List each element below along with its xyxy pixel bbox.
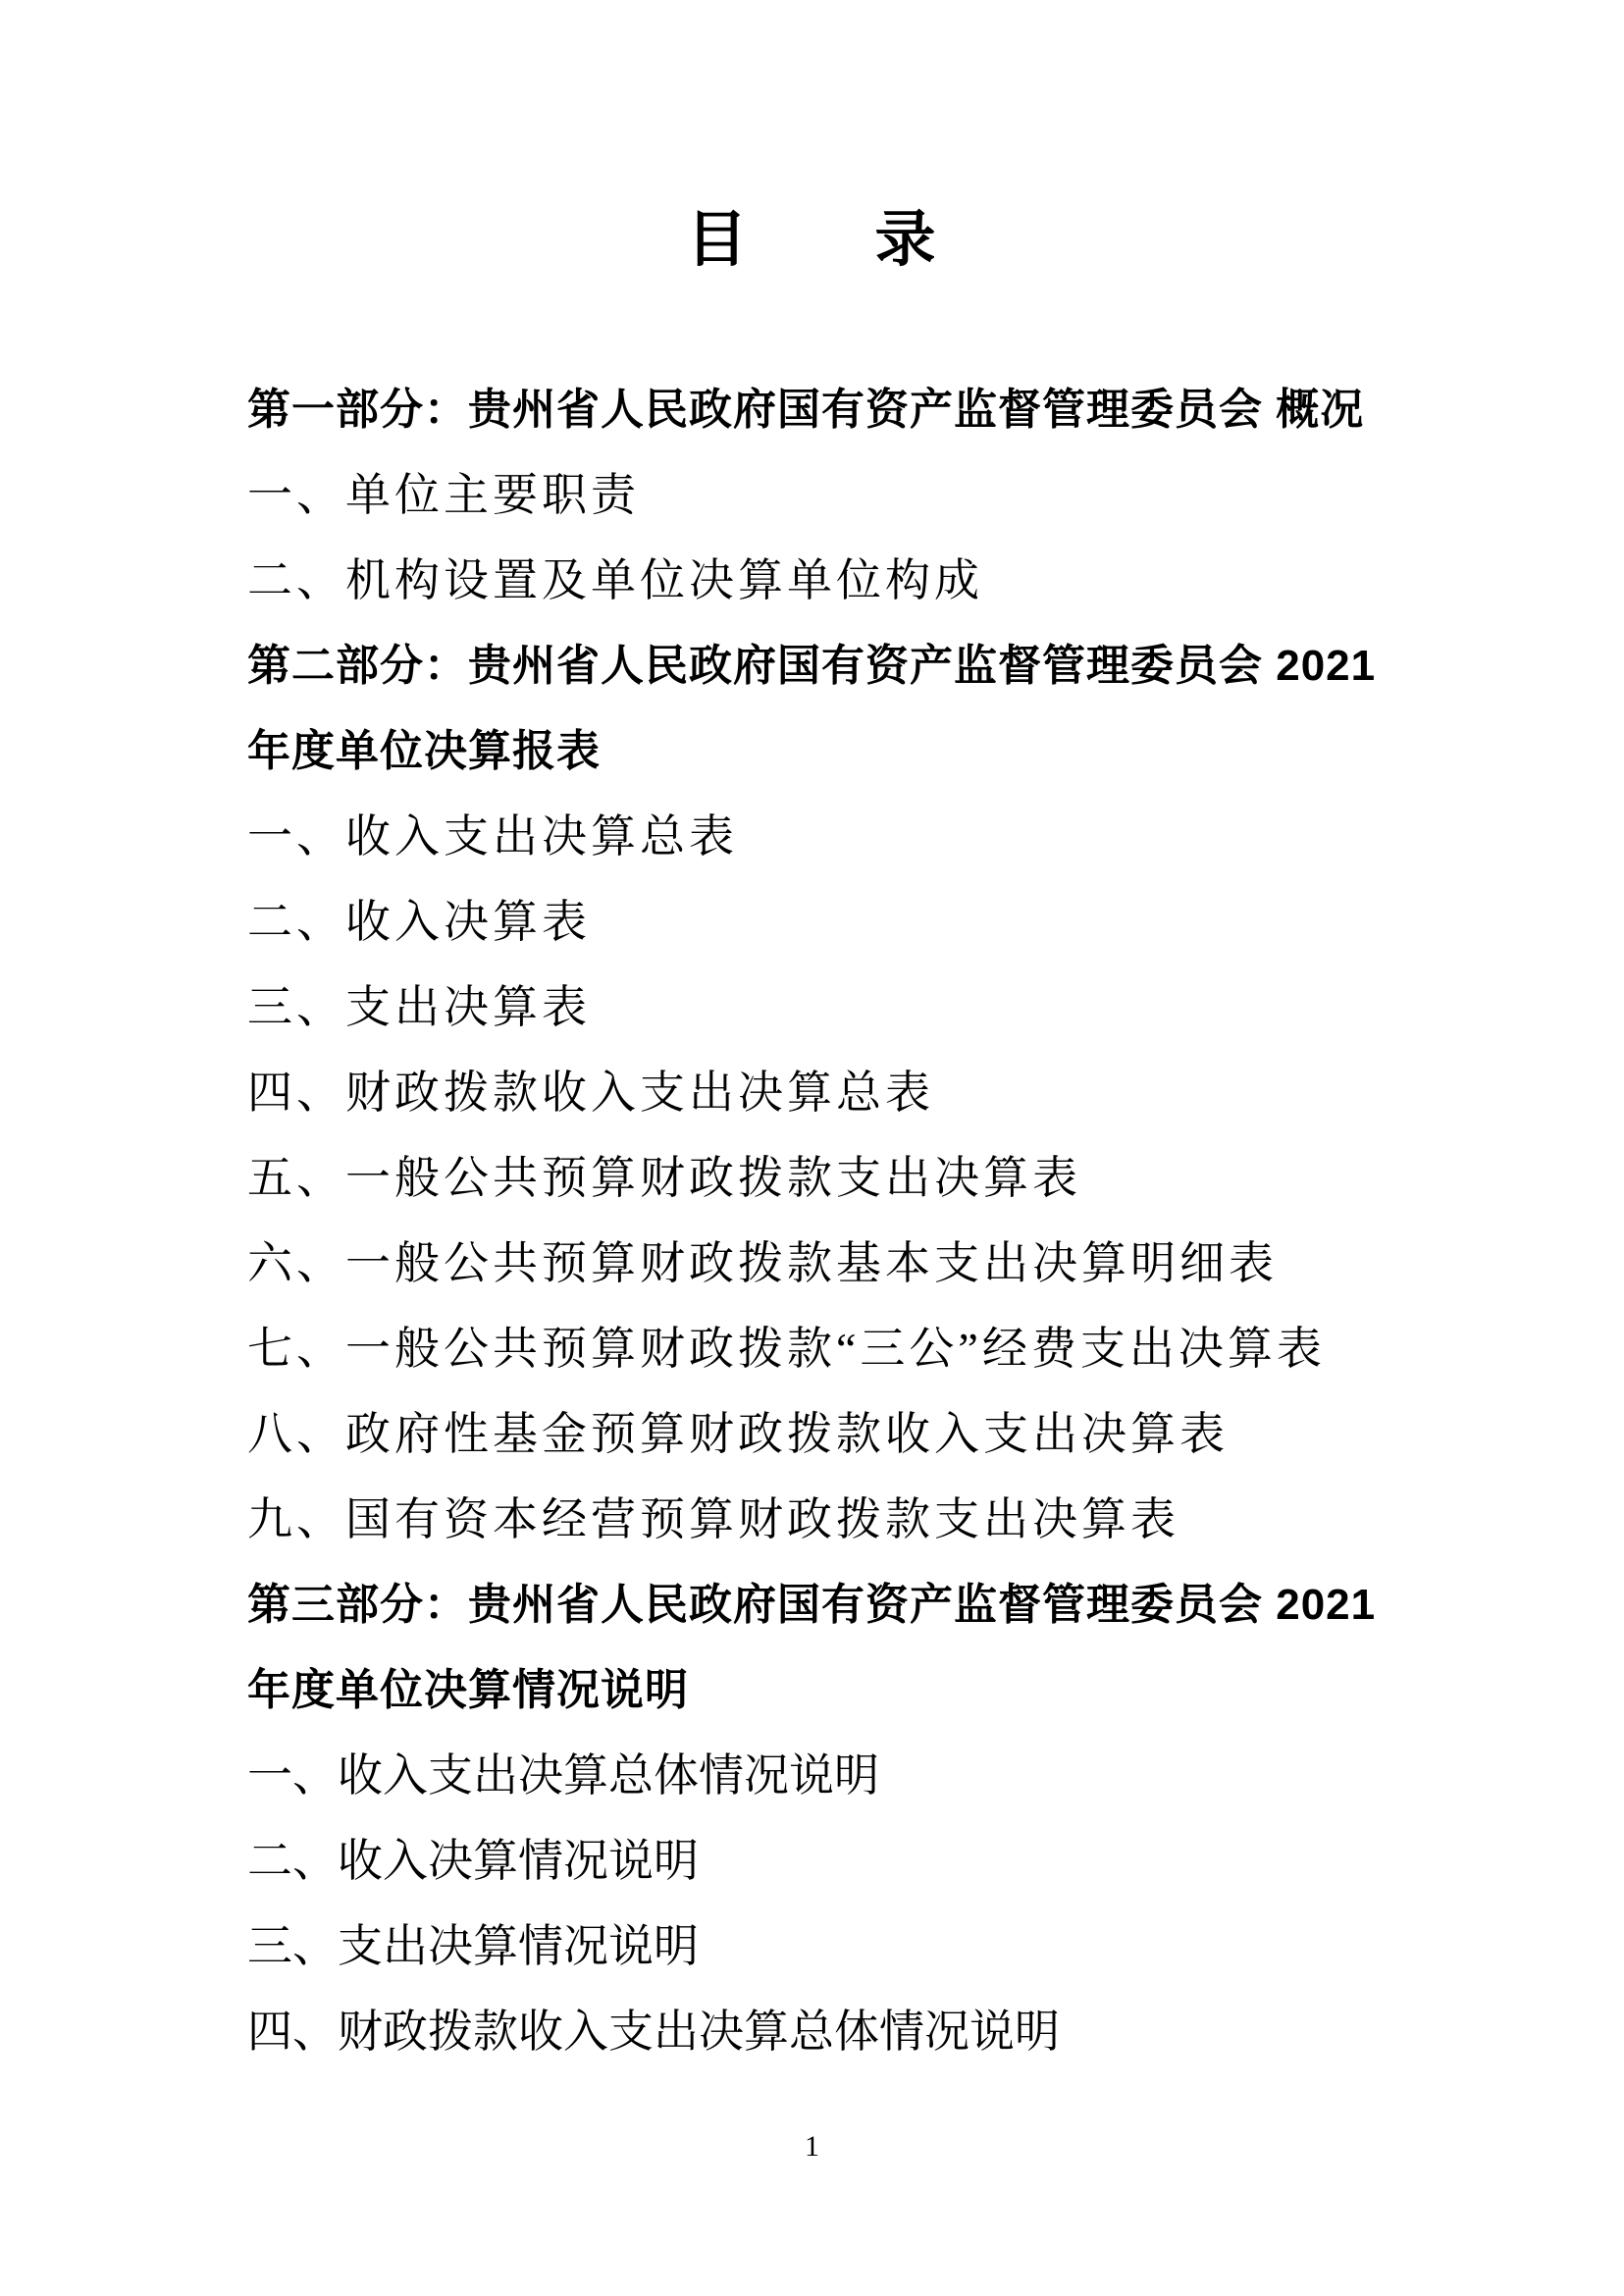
toc-item: 二、收入决算表 [247,879,1425,965]
toc-item: 二、收入决算情况说明 [247,1818,1425,1904]
toc-part3-heading-line1: 第三部分：贵州省人民政府国有资产监督管理委员会 2021 [247,1562,1425,1647]
toc-item: 一、单位主要职责 [247,452,1425,538]
toc-item: 六、一般公共预算财政拨款基本支出决算明细表 [247,1221,1425,1306]
toc-item: 一、收入支出决算总体情况说明 [247,1733,1425,1818]
toc-part2-heading-line2: 年度单位决算报表 [247,708,1425,794]
toc-part1-heading: 第一部分：贵州省人民政府国有资产监督管理委员会 概况 [247,367,1425,452]
toc-item: 三、支出决算情况说明 [247,1904,1425,1989]
toc-part2-heading-line1: 第二部分：贵州省人民政府国有资产监督管理委员会 2021 [247,623,1425,708]
toc-item: 一、收入支出决算总表 [247,794,1425,879]
toc-item: 二、机构设置及单位决算单位构成 [247,538,1425,623]
document-title: 目 录 [0,201,1624,280]
toc-item: 四、财政拨款收入支出决算总表 [247,1050,1425,1135]
document-page: 目 录 第一部分：贵州省人民政府国有资产监督管理委员会 概况 一、单位主要职责 … [0,0,1624,2296]
toc-item: 八、政府性基金预算财政拨款收入支出决算表 [247,1391,1425,1477]
toc-item: 九、国有资本经营预算财政拨款支出决算表 [247,1477,1425,1562]
toc-item: 五、一般公共预算财政拨款支出决算表 [247,1135,1425,1221]
toc-item: 三、支出决算表 [247,965,1425,1050]
toc-item: 四、财政拨款收入支出决算总体情况说明 [247,1989,1425,2074]
page-number: 1 [0,2127,1624,2166]
toc-item: 七、一般公共预算财政拨款“三公”经费支出决算表 [247,1306,1425,1391]
table-of-contents: 第一部分：贵州省人民政府国有资产监督管理委员会 概况 一、单位主要职责 二、机构… [247,367,1425,2074]
toc-part3-heading-line2: 年度单位决算情况说明 [247,1647,1425,1733]
